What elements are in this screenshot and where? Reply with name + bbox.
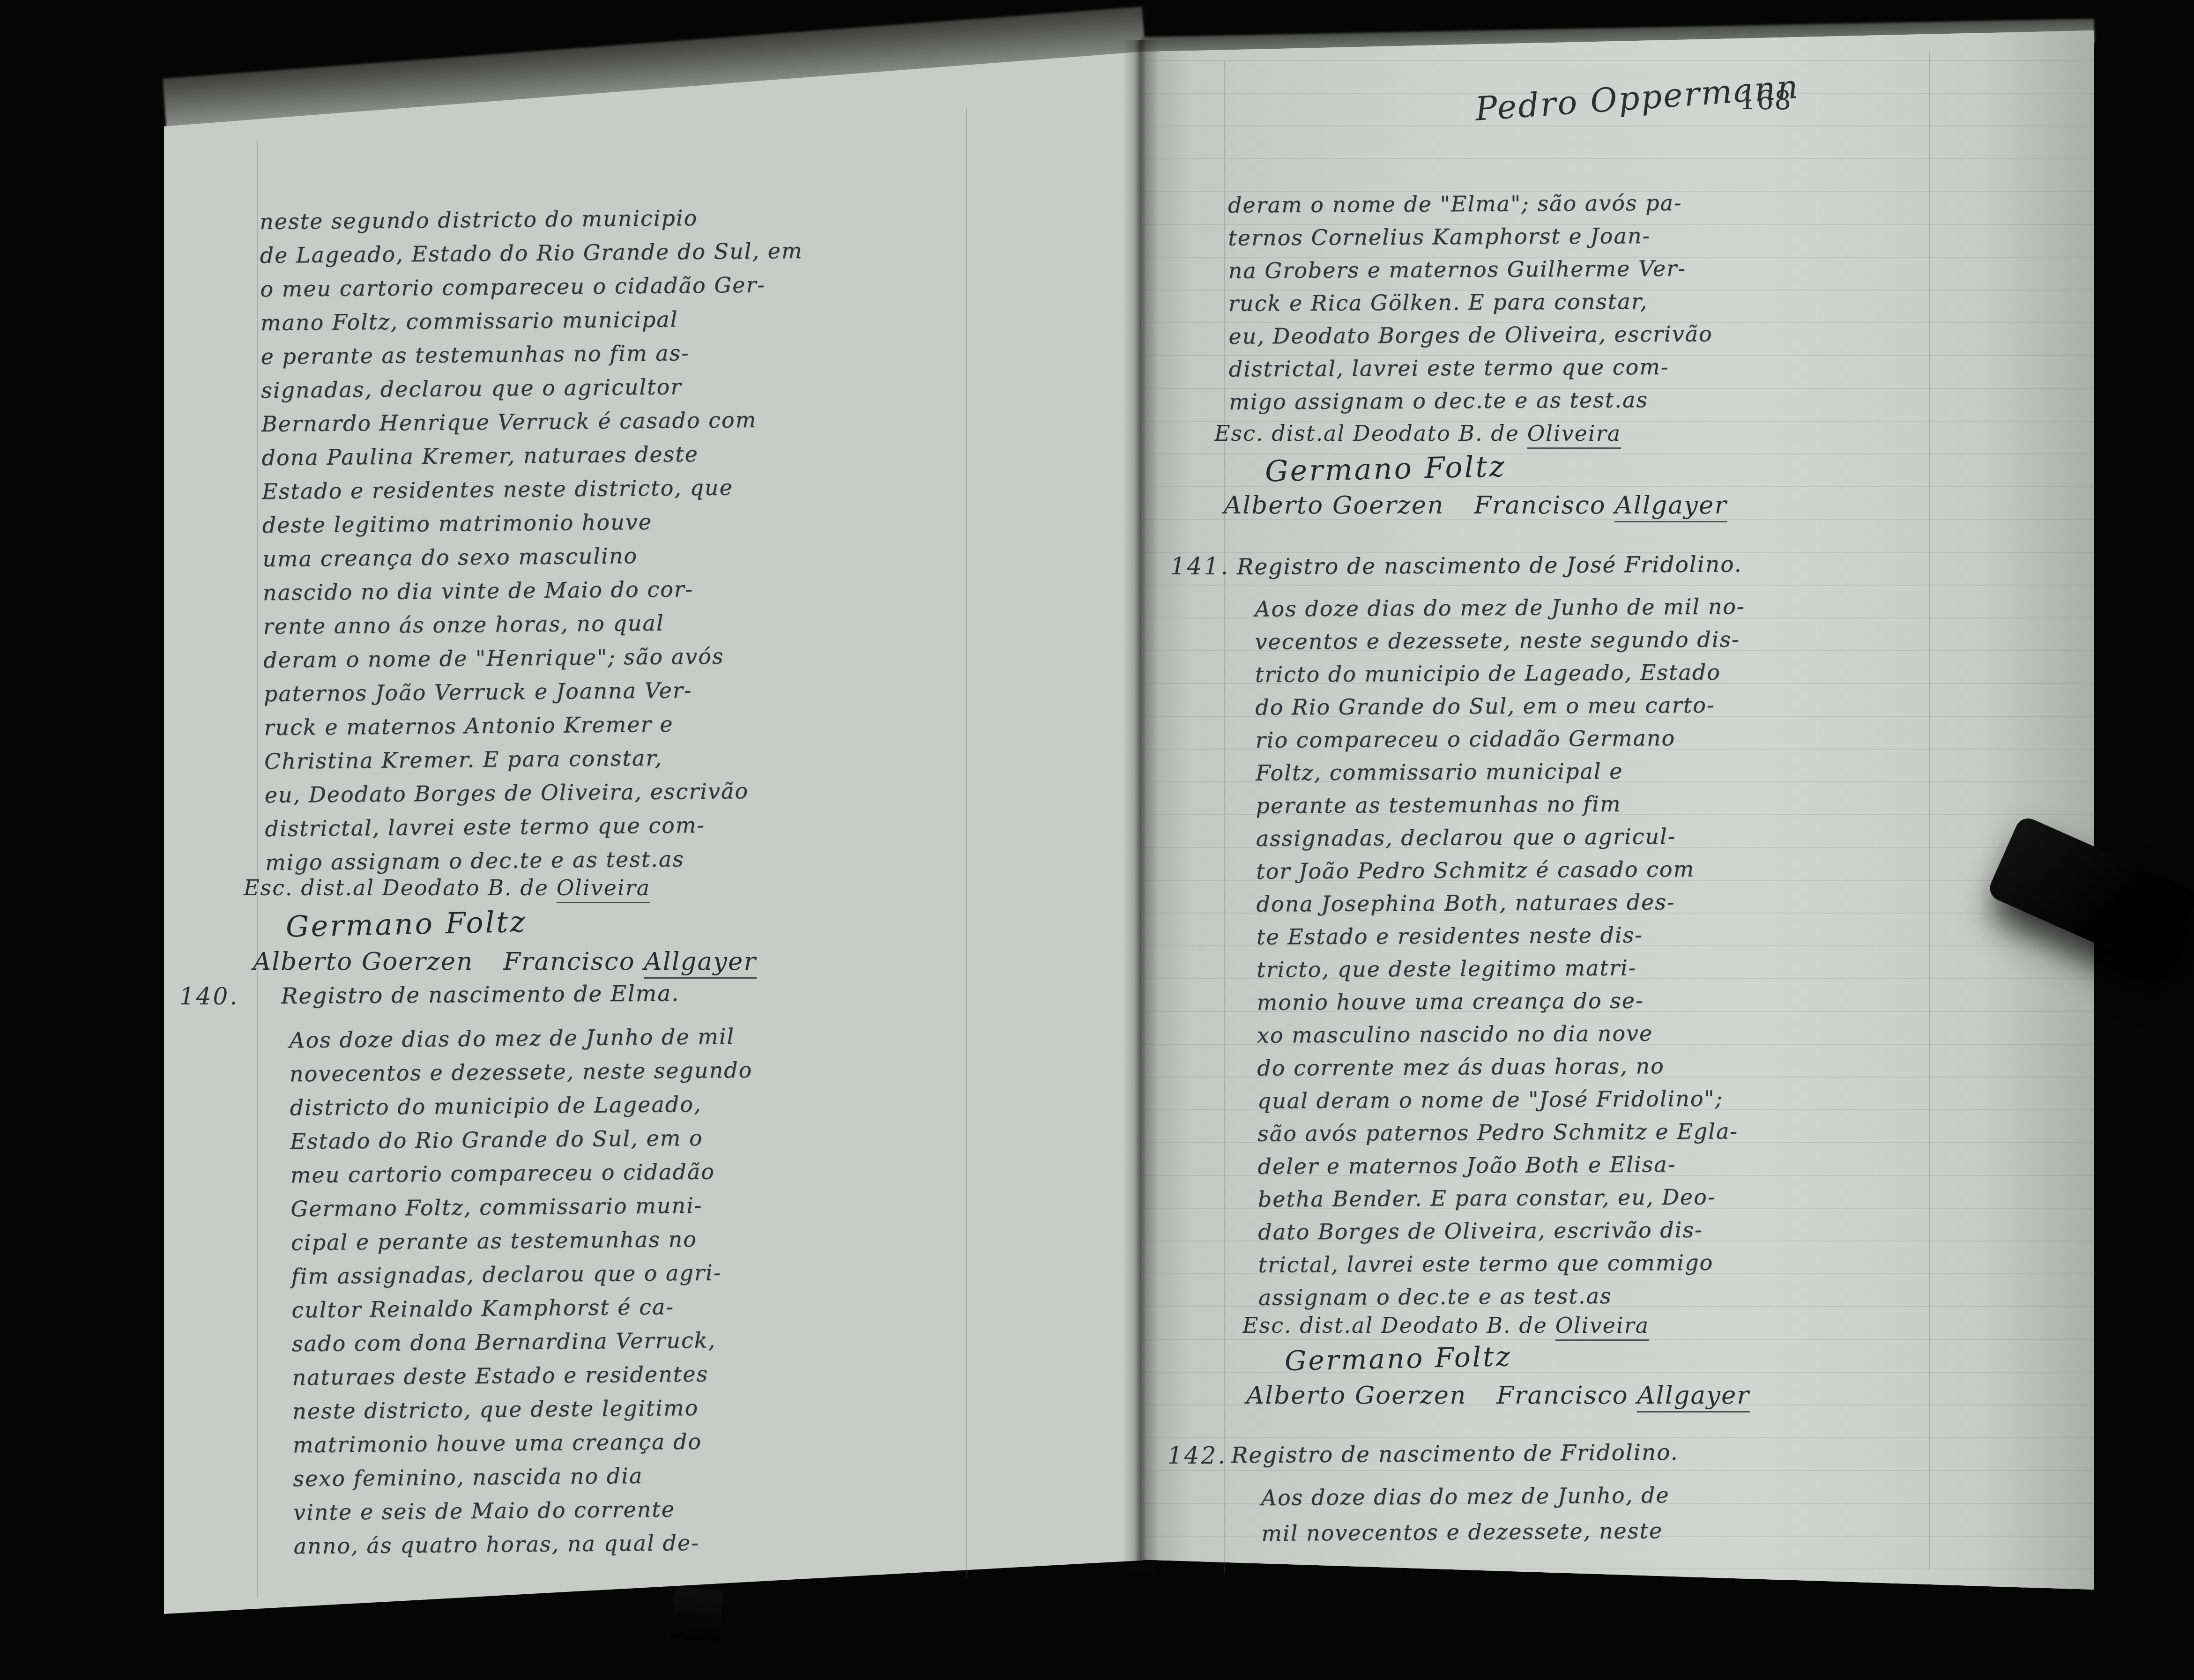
- handwritten-line: do corrente mez ás duas horas, no: [1257, 1049, 1748, 1084]
- record-142-text: Aos doze dias do mez de Junho, demil nov…: [1261, 1477, 1670, 1551]
- handwritten-line: deram o nome de "Elma"; são avós pa-: [1228, 186, 1712, 221]
- handwritten-line: eu, Deodato Borges de Oliveira, escrivão: [1228, 317, 1713, 352]
- margin-rule: [966, 108, 967, 1579]
- witness-signature-germano-foltz: Germano Foltz: [1264, 449, 1506, 489]
- witness-signature-germano-foltz: Germano Foltz: [1284, 1340, 1512, 1377]
- witness-surname: Allgayer: [644, 947, 756, 979]
- witness-signature-germano-foltz: Germano Foltz: [285, 905, 527, 944]
- record-140-continuation-text: deram o nome de "Elma"; são avós pa-tern…: [1228, 186, 1713, 418]
- witness-surname: Allgayer: [1614, 491, 1727, 522]
- margin-rule: [1929, 52, 1930, 1569]
- handwritten-line: neste districto, que deste legitimo: [292, 1390, 756, 1428]
- witness-signature-row: Alberto Goerzen Francisco Allgayer: [253, 947, 757, 976]
- entry-number-142: 142.: [1168, 1442, 1227, 1469]
- entry-title-141: Registro de nascimento de José Fridolino…: [1237, 551, 1742, 580]
- clerk-signature-prefix: Esc. dist.al Deodato B. de: [244, 875, 557, 900]
- handwritten-line: migo assignam o dec.te e as test.as: [265, 841, 808, 879]
- handwritten-line: assignam o dec.te e as test.as: [1258, 1279, 1749, 1314]
- handwritten-line: ruck e maternos Antonio Kremer e: [264, 706, 807, 744]
- handwritten-line: mil novecentos e dezessete, neste: [1261, 1513, 1670, 1551]
- clerk-signature-line: Esc. dist.al Deodato B. de Oliveira: [1242, 1313, 1649, 1338]
- handwritten-line: Christina Kremer. E para constar,: [264, 740, 807, 778]
- handwritten-line: Aos doze dias do mez de Junho, de: [1261, 1477, 1669, 1516]
- handwritten-line: cultor Reinaldo Kamphorst é ca-: [291, 1289, 755, 1327]
- handwritten-line: neste segundo districto do municipio: [260, 200, 803, 238]
- witness-signature-alberto-goerzen: Alberto Goerzen: [1246, 1381, 1466, 1410]
- handwritten-line: meu cartorio compareceu o cidadão: [290, 1154, 754, 1192]
- clerk-signature-name: Oliveira: [557, 875, 650, 903]
- handwritten-line: betha Bender. E para constar, eu, Deo-: [1258, 1180, 1748, 1215]
- handwritten-line: Germano Foltz, commissario muni-: [290, 1188, 754, 1226]
- handwritten-line: tricto, que deste legitimo matri-: [1257, 951, 1747, 986]
- handwritten-line: districtal, lavrei este termo que com-: [1229, 350, 1713, 385]
- handwritten-line: paternos João Verruck e Joanna Ver-: [264, 672, 807, 711]
- clerk-signature-line: Esc. dist.al Deodato B. de Oliveira: [1214, 421, 1621, 446]
- handwritten-line: trictal, lavrei este termo que commigo: [1258, 1246, 1748, 1281]
- handwritten-line: vecentos e dezessete, neste segundo dis-: [1255, 623, 1745, 658]
- handwritten-line: Aos doze dias do mez de Junho de mil: [289, 1019, 752, 1057]
- handwritten-line: monio houve uma creança do se-: [1257, 983, 1747, 1018]
- handwritten-line: fim assignadas, declarou que o agri-: [291, 1256, 754, 1293]
- handwritten-line: nascido no dia vinte de Maio do cor-: [263, 571, 806, 610]
- page-number: 168: [1739, 85, 1792, 116]
- handwritten-line: ternos Cornelius Kamphorst e Joan-: [1228, 219, 1712, 254]
- entry-number-140: 140.: [179, 983, 239, 1010]
- handwritten-line: na Grobers e maternos Guilherme Ver-: [1228, 252, 1712, 287]
- handwritten-line: dona Paulina Kremer, naturaes deste: [261, 436, 804, 475]
- handwritten-line: migo assignam o dec.te e as test.as: [1229, 383, 1713, 418]
- witness-first-name: Francisco: [1474, 491, 1614, 520]
- book-gutter-shadow: [1123, 40, 1159, 1572]
- handwritten-line: tor João Pedro Schmitz é casado com: [1256, 852, 1747, 887]
- record-139-continuation-text: neste segundo districto do municipiode L…: [260, 200, 808, 879]
- handwritten-line: rente anno ás onze horas, no qual: [263, 605, 806, 643]
- handwritten-line: Aos doze dias do mez de Junho de mil no-: [1255, 590, 1745, 625]
- witness-signature-row: Alberto Goerzen Francisco Allgayer: [1224, 491, 1727, 520]
- handwritten-line: ruck e Rica Gölken. E para constar,: [1228, 284, 1713, 320]
- handwritten-line: eu, Deodato Borges de Oliveira, escrivão: [264, 773, 807, 812]
- witness-first-name: Francisco: [503, 947, 644, 976]
- handwritten-line: são avós paternos Pedro Schmitz e Egla-: [1257, 1115, 1748, 1150]
- witness-signature-francisco-allgayer: Francisco Allgayer: [1496, 1381, 1749, 1410]
- handwritten-line: uma creança do sexo masculino: [262, 537, 805, 576]
- handwritten-line: do Rio Grande do Sul, em o meu carto-: [1255, 688, 1746, 723]
- handwritten-line: novecentos e dezessete, neste segundo: [290, 1053, 753, 1091]
- page-clip: [670, 1586, 724, 1643]
- entry-title-142: Registro de nascimento de Fridolino.: [1231, 1440, 1679, 1469]
- witness-signature-francisco-allgayer: Francisco Allgayer: [1474, 491, 1727, 520]
- handwritten-line: mano Foltz, commissario municipal: [260, 301, 803, 340]
- handwritten-line: dato Borges de Oliveira, escrivão dis-: [1258, 1213, 1748, 1248]
- clerk-signature-name: Oliveira: [1527, 421, 1621, 449]
- photo-of-register-book: Pedro Oppermann 168 neste segundo distri…: [0, 0, 2194, 1680]
- witness-signature-row: Alberto Goerzen Francisco Allgayer: [1246, 1381, 1750, 1410]
- handwritten-line: cipal e perante as testemunhas no: [291, 1222, 754, 1260]
- handwritten-line: anno, ás quatro horas, na qual de-: [293, 1525, 757, 1563]
- clerk-signature-line: Esc. dist.al Deodato B. de Oliveira: [244, 875, 650, 900]
- clerk-signature-prefix: Esc. dist.al Deodato B. de: [1214, 421, 1527, 446]
- witness-first-name: Francisco: [1496, 1381, 1637, 1410]
- record-141-text: Aos doze dias do mez de Junho de mil no-…: [1255, 590, 1748, 1314]
- handwritten-line: xo masculino nascido no dia nove: [1257, 1016, 1748, 1051]
- entry-title-140: Registro de nascimento de Elma.: [281, 981, 679, 1009]
- handwritten-line: qual deram o nome de "José Fridolino";: [1257, 1082, 1748, 1117]
- handwritten-line: assignadas, declarou que o agricul-: [1256, 819, 1747, 855]
- handwritten-line: districto do municipio de Lageado,: [290, 1087, 753, 1125]
- witness-surname: Allgayer: [1637, 1381, 1749, 1412]
- handwritten-line: vinte e seis de Maio do corrente: [293, 1492, 757, 1530]
- handwritten-line: dona Josephina Both, naturaes des-: [1256, 885, 1747, 920]
- handwritten-line: o meu cartorio compareceu o cidadão Ger-: [260, 268, 803, 306]
- handwritten-line: districtal, lavrei este termo que com-: [265, 807, 808, 846]
- handwritten-line: Estado do Rio Grande do Sul, em o: [290, 1121, 753, 1159]
- handwritten-line: deste legitimo matrimonio houve: [262, 504, 805, 542]
- handwritten-line: rio compareceu o cidadão Germano: [1255, 721, 1746, 756]
- handwritten-line: deram o nome de "Henrique"; são avós: [263, 639, 806, 677]
- handwritten-line: Bernardo Henrique Verruck é casado com: [261, 402, 804, 441]
- handwritten-line: matrimonio houve uma creança do: [293, 1424, 756, 1462]
- handwritten-line: deler e maternos João Both e Elisa-: [1257, 1147, 1748, 1182]
- right-page-stack-edge: [2082, 28, 2188, 1598]
- handwritten-line: sexo feminino, nascida no dia: [293, 1458, 756, 1496]
- record-140-text: Aos doze dias do mez de Junho de milnove…: [289, 1019, 757, 1563]
- clerk-signature-name: Oliveira: [1555, 1313, 1649, 1341]
- handwritten-line: sado com dona Bernardina Verruck,: [292, 1323, 755, 1361]
- clerk-signature-prefix: Esc. dist.al Deodato B. de: [1242, 1313, 1555, 1338]
- handwritten-line: perante as testemunhas no fim: [1256, 787, 1746, 822]
- handwritten-line: signadas, declarou que o agricultor: [261, 369, 804, 407]
- handwritten-line: tricto do municipio de Lageado, Estado: [1255, 655, 1746, 691]
- witness-signature-alberto-goerzen: Alberto Goerzen: [1224, 491, 1444, 520]
- handwritten-line: Foltz, commissario municipal e: [1256, 754, 1746, 789]
- witness-signature-francisco-allgayer: Francisco Allgayer: [503, 947, 756, 976]
- handwritten-line: e perante as testemunhas no fim as-: [260, 335, 803, 373]
- handwritten-line: Estado e residentes neste districto, que: [262, 470, 805, 508]
- entry-number-141: 141.: [1170, 553, 1230, 580]
- handwritten-line: te Estado e residentes neste dis-: [1257, 918, 1747, 953]
- witness-signature-alberto-goerzen: Alberto Goerzen: [253, 947, 473, 976]
- handwritten-line: de Lageado, Estado do Rio Grande do Sul,…: [260, 234, 803, 272]
- handwritten-line: naturaes deste Estado e residentes: [292, 1357, 755, 1395]
- margin-rule: [257, 141, 258, 1598]
- margin-rule: [1224, 61, 1225, 1574]
